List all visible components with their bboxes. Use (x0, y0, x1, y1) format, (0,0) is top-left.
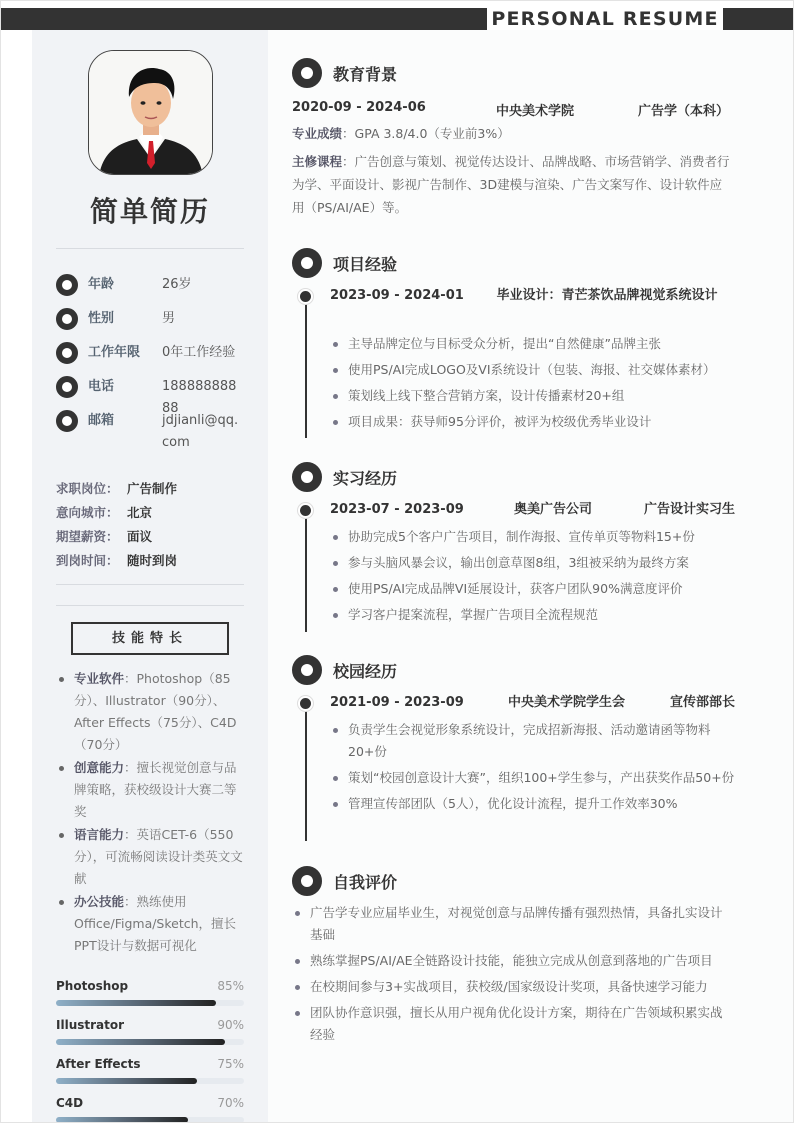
skill-item: 语言能力：英语CET-6（550分），可流畅阅读设计类英文文献 (56, 824, 246, 890)
bar-percent: 75% (217, 1056, 244, 1072)
job-label: 求职岗位： (56, 481, 127, 497)
info-row-gender: 性别 男 (56, 308, 244, 332)
section-title-text: 自我评价 (333, 870, 397, 893)
job-row-position: 求职岗位：广告制作 (56, 481, 177, 497)
job-value: 随时到岗 (127, 553, 177, 568)
job-label: 到岗时间： (56, 553, 127, 569)
internship-date: 2023-07 - 2023-09 (330, 499, 464, 521)
job-value: 广告制作 (127, 481, 177, 496)
campus-role: 宣传部部长 (670, 692, 735, 714)
education-gpa: 专业成绩：GPA 3.8/4.0（专业前3%） (292, 122, 734, 145)
list-item: 主导品牌定位与目标受众分析，提出“自然健康”品牌主张 (330, 333, 740, 355)
job-value: 面议 (127, 529, 152, 544)
skills-title: 技能特长 (71, 622, 229, 655)
skill-bar-c4d: C4D70% (56, 1095, 244, 1123)
bar-track (56, 1117, 244, 1123)
section-title-text: 教育背景 (333, 62, 397, 85)
section-title-education: 教育背景 (292, 58, 397, 88)
ring-bullet-icon (56, 308, 78, 330)
education-date: 2020-09 - 2024-06 (292, 100, 426, 115)
info-label: 工作年限 (88, 342, 162, 364)
skill-item: 办公技能：熟练使用Office/Figma/Sketch，擅长PPT设计与数据可… (56, 891, 246, 957)
info-label: 年龄 (88, 274, 162, 296)
bar-track (56, 1078, 244, 1084)
timeline-line (305, 703, 307, 841)
bar-percent: 85% (217, 978, 244, 994)
info-value: 26岁 (162, 274, 244, 296)
gpa-text: ：GPA 3.8/4.0（专业前3%） (342, 126, 510, 141)
resume-page: PERSONAL RESUME 简单简历 年龄 26岁 (0, 0, 794, 1123)
bar-fill (56, 1078, 197, 1084)
project-date: 2023-09 - 2024-01 (330, 285, 464, 307)
project-header: 2023-09 - 2024-01 毕业设计：青芒茶饮品牌视觉系统设计 (330, 285, 735, 329)
list-item: 协助完成5个客户广告项目，制作海报、宣传单页等物料15+份 (330, 526, 740, 548)
ring-bullet-icon (292, 58, 322, 88)
campus-date: 2021-09 - 2023-09 (330, 692, 464, 714)
job-row-city: 意向城市：北京 (56, 505, 152, 521)
ring-bullet-icon (56, 342, 78, 364)
skill-label: 办公技能 (74, 894, 124, 909)
bar-percent: 70% (217, 1095, 244, 1111)
bar-track (56, 1000, 244, 1006)
info-row-email: 邮箱 jdjianli@qq.com (56, 410, 244, 434)
gpa-label: 专业成绩 (292, 126, 342, 141)
person-name: 简单简历 (32, 190, 268, 230)
education-courses: 主修课程：广告创意与策划、视觉传达设计、品牌战略、市场营销学、消费者行为学、平面… (292, 150, 734, 219)
skill-item: 专业软件：Photoshop（85分）、Illustrator（90分）、Aft… (56, 668, 246, 756)
divider (56, 605, 244, 606)
timeline-dot-icon (298, 696, 313, 711)
bar-name: Photoshop (56, 978, 128, 994)
bar-name: After Effects (56, 1056, 141, 1072)
internship-header: 2023-07 - 2023-09 奥美广告公司 广告设计实习生 (330, 499, 735, 521)
info-value[interactable]: jdjianli@qq.com (162, 410, 244, 454)
campus-bullets: 负责学生会视觉形象系统设计，完成招新海报、活动邀请函等物料20+份 策划“校园创… (330, 719, 740, 819)
ring-bullet-icon (56, 376, 78, 398)
section-title-text: 校园经历 (333, 659, 397, 682)
section-title-internship: 实习经历 (292, 462, 397, 492)
job-label: 意向城市： (56, 505, 127, 521)
bar-name: Illustrator (56, 1017, 124, 1033)
internship-bullets: 协助完成5个客户广告项目，制作海报、宣传单页等物料15+份 参与头脑风暴会议，输… (330, 526, 740, 630)
list-item: 项目成果：获导师95分评价，被评为校级优秀毕业设计 (330, 411, 740, 433)
info-row-phone: 电话 18888888888 (56, 376, 244, 400)
bar-track (56, 1039, 244, 1045)
list-item: 策划“校园创意设计大赛”，组织100+学生参与，产出获奖作品50+份 (330, 767, 740, 789)
timeline-dot-icon (298, 289, 313, 304)
bar-fill (56, 1000, 216, 1006)
skill-bar-after-effects: After Effects75% (56, 1056, 244, 1084)
list-item: 熟练掌握PS/AI/AE全链路设计技能，能独立完成从创意到落地的广告项目 (292, 950, 734, 972)
main-content: 教育背景 2020-09 - 2024-06 中央美术学院 广告学（本科） 专业… (268, 30, 794, 1123)
education-major: 广告学（本科） (638, 100, 729, 119)
courses-text: ：广告创意与策划、视觉传达设计、品牌战略、市场营销学、消费者行为学、平面设计、影… (292, 154, 730, 215)
project-bullets: 主导品牌定位与目标受众分析，提出“自然健康”品牌主张 使用PS/AI完成LOGO… (330, 333, 740, 437)
list-item: 使用PS/AI完成LOGO及VI系统设计（包装、海报、社交媒体素材） (330, 359, 740, 381)
info-value: 0年工作经验 (162, 342, 244, 364)
timeline-line (305, 296, 307, 438)
ring-bullet-icon (292, 655, 322, 685)
bar-fill (56, 1039, 225, 1045)
divider (56, 584, 244, 585)
courses-label: 主修课程 (292, 154, 342, 169)
info-row-experience: 工作年限 0年工作经验 (56, 342, 244, 366)
bar-fill (56, 1117, 188, 1123)
skill-label: 创意能力 (74, 760, 124, 775)
skill-label: 专业软件 (74, 671, 124, 686)
campus-header: 2021-09 - 2023-09 中央美术学院学生会 宣传部部长 (330, 692, 735, 714)
section-title-self-evaluation: 自我评价 (292, 866, 397, 896)
avatar (88, 50, 213, 175)
ring-bullet-icon (292, 248, 322, 278)
section-title-project: 项目经验 (292, 248, 397, 278)
list-item: 负责学生会视觉形象系统设计，完成招新海报、活动邀请函等物料20+份 (330, 719, 740, 763)
info-label: 邮箱 (88, 410, 162, 432)
list-item: 学习客户提案流程，掌握广告项目全流程规范 (330, 604, 740, 626)
internship-company: 奥美广告公司 (514, 499, 592, 521)
info-value: 男 (162, 308, 244, 330)
ring-bullet-icon (56, 410, 78, 432)
list-item: 参与头脑风暴会议，输出创意草图8组，3组被采纳为最终方案 (330, 552, 740, 574)
avatar-portrait-icon (89, 51, 213, 175)
skill-item: 创意能力：擅长视觉创意与品牌策略，获校级设计大赛二等奖 (56, 757, 246, 823)
ring-bullet-icon (56, 274, 78, 296)
ring-bullet-icon (292, 462, 322, 492)
ring-bullet-icon (292, 866, 322, 896)
section-title-text: 实习经历 (333, 466, 397, 489)
timeline-dot-icon (298, 503, 313, 518)
skill-label: 语言能力 (74, 827, 124, 842)
bar-percent: 90% (217, 1017, 244, 1033)
skill-bar-photoshop: Photoshop85% (56, 978, 244, 1006)
info-row-age: 年龄 26岁 (56, 274, 244, 298)
info-label: 电话 (88, 376, 162, 398)
job-row-salary: 期望薪资：面议 (56, 529, 152, 545)
timeline-line (305, 510, 307, 632)
skills-list: 专业软件：Photoshop（85分）、Illustrator（90分）、Aft… (56, 668, 246, 958)
list-item: 管理宣传部团队（5人），优化设计流程，提升工作效率30% (330, 793, 740, 815)
job-label: 期望薪资： (56, 529, 127, 545)
skill-bar-illustrator: Illustrator90% (56, 1017, 244, 1045)
list-item: 在校期间参与3+实战项目，获校级/国家级设计奖项，具备快速学习能力 (292, 976, 734, 998)
bar-name: C4D (56, 1095, 83, 1111)
job-row-availability: 到岗时间：随时到岗 (56, 553, 177, 569)
header-title: PERSONAL RESUME (487, 6, 723, 32)
section-title-text: 项目经验 (333, 252, 397, 275)
education-school: 中央美术学院 (496, 100, 574, 119)
section-title-campus: 校园经历 (292, 655, 397, 685)
list-item: 使用PS/AI完成品牌VI延展设计，获客户团队90%满意度评价 (330, 578, 740, 600)
sidebar: 简单简历 年龄 26岁 性别 男 工作年限 0年工作经验 电话 18888888… (32, 30, 268, 1123)
campus-org: 中央美术学院学生会 (508, 692, 625, 714)
divider (56, 248, 244, 249)
self-evaluation-list: 广告学专业应届毕业生，对视觉创意与品牌传播有强烈热情，具备扎实设计基础 熟练掌握… (292, 902, 734, 1050)
project-name: 毕业设计：青芒茶饮品牌视觉系统设计 (492, 285, 722, 307)
list-item: 团队协作意识强，擅长从用户视角优化设计方案，期待在广告领域积累实战经验 (292, 1002, 734, 1046)
list-item: 广告学专业应届毕业生，对视觉创意与品牌传播有强烈热情，具备扎实设计基础 (292, 902, 734, 946)
list-item: 策划线上线下整合营销方案，设计传播素材20+组 (330, 385, 740, 407)
info-label: 性别 (88, 308, 162, 330)
job-value: 北京 (127, 505, 152, 520)
internship-role: 广告设计实习生 (644, 499, 735, 521)
